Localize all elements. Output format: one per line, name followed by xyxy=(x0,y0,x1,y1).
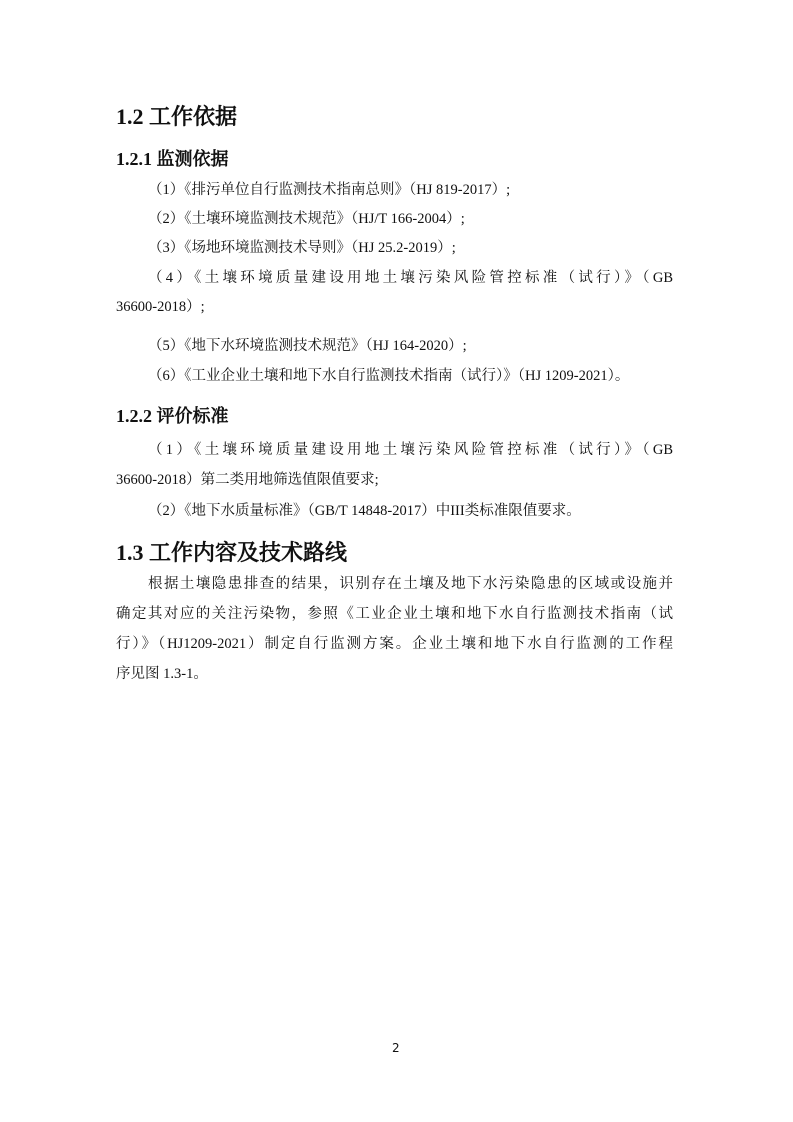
section-heading-1-3: 1.3 工作内容及技术路线 xyxy=(116,540,347,566)
paragraph-line-2: 确定其对应的关注污染物，参照《工业企业土壤和地下水自行监测技术指南（试 xyxy=(116,604,673,624)
subsection-heading-1-2-2: 1.2.2 评价标准 xyxy=(116,405,229,427)
reference-item-2: （2）《土壤环境监测技术规范》（HJ/T 166-2004）; xyxy=(148,209,465,229)
reference-item-5: （5）《地下水环境监测技术规范》（HJ 164-2020）; xyxy=(148,336,467,356)
paragraph-line-1: 根据土壤隐患排查的结果，识别存在土壤及地下水污染隐患的区域或设施并 xyxy=(148,574,673,594)
reference-item-1: （1）《排污单位自行监测技术指南总则》（HJ 819-2017）; xyxy=(148,180,510,200)
standard-item-1-cont: 36600-2018）第二类用地筛选值限值要求; xyxy=(116,470,379,490)
paragraph-line-3: 行）》（HJ1209-2021）制定自行监测方案。企业土壤和地下水自行监测的工作… xyxy=(116,634,673,654)
reference-item-3: （3）《场地环境监测技术导则》（HJ 25.2-2019）; xyxy=(148,238,456,258)
reference-item-4-cont: 36600-2018）; xyxy=(116,297,205,317)
reference-item-6: （6）《工业企业土壤和地下水自行监测技术指南（试行）》（HJ 1209-2021… xyxy=(148,366,629,386)
standard-item-1: （1）《土壤环境质量建设用地土壤污染风险管控标准（试行）》（GB xyxy=(148,440,673,460)
subsection-heading-1-2-1: 1.2.1 监测依据 xyxy=(116,148,229,170)
document-page: 1.2 工作依据 1.2.1 监测依据 （1）《排污单位自行监测技术指南总则》（… xyxy=(0,0,793,1122)
page-number: 2 xyxy=(392,1041,400,1055)
standard-item-2: （2）《地下水质量标准》（GB/T 14848-2017）中III类标准限值要求… xyxy=(148,501,581,521)
section-heading-1-2: 1.2 工作依据 xyxy=(116,104,237,130)
reference-item-4: （4）《土壤环境质量建设用地土壤污染风险管控标准（试行）》（GB xyxy=(148,268,673,288)
paragraph-line-4: 序见图 1.3-1。 xyxy=(116,664,208,684)
